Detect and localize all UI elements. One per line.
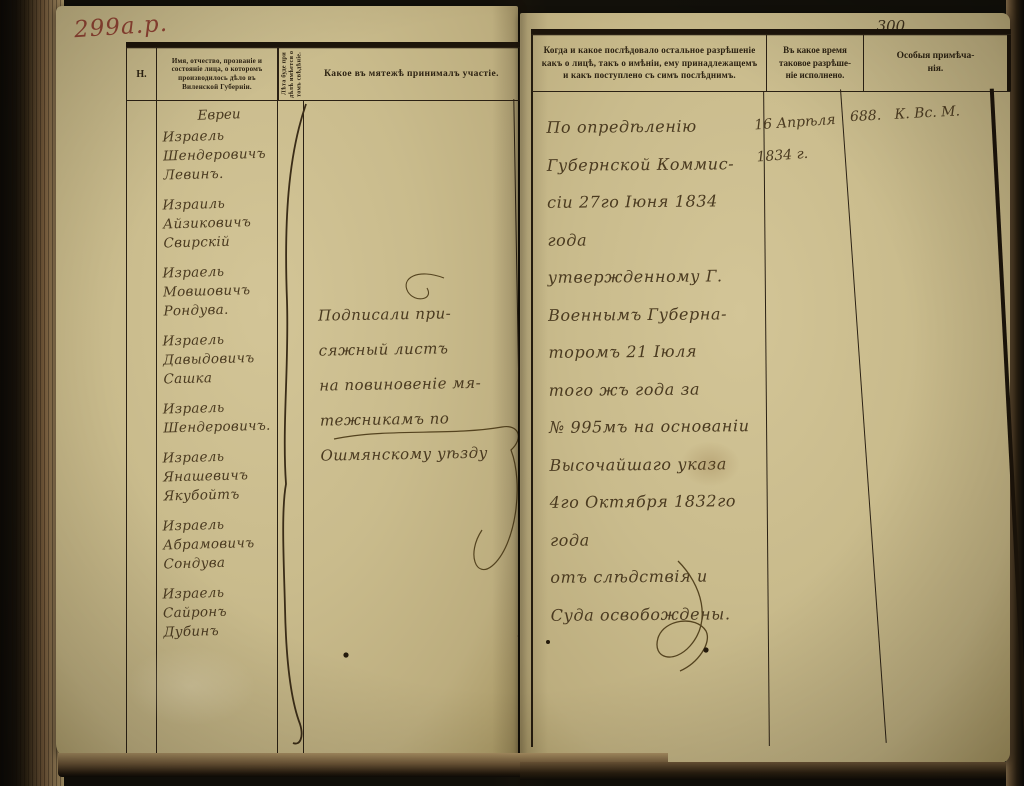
name-entry: Израель Шендеровичъ Левинъ. [162, 126, 275, 186]
header-resolution: Когда и какое послѣдовало остальное разр… [533, 35, 767, 91]
header-execution: Въ какое время таковое разрѣше- ніе испо… [767, 35, 864, 91]
number-column [127, 101, 157, 753]
right-table: Когда и какое послѣдовало остальное разр… [531, 29, 1011, 747]
name-entry: Израель Шендеровичъ. [163, 398, 276, 439]
right-page: 300. Когда и какое послѣдовало остальное… [520, 13, 1010, 763]
header-number: Н. [127, 48, 157, 100]
right-table-body: По опредѣленію Губернской Коммис- сіи 27… [531, 92, 1011, 747]
archival-book-scan: 299а.р. Н. Имя, отчество, прозваніе и со… [0, 0, 1024, 786]
header-age-vertical: Лѣта буде при дѣлѣ имѣется о томъ свѣдѣн… [278, 48, 304, 100]
name-entry: Израиль Айзиковичъ Свирскій [162, 194, 275, 254]
left-table: Н. Имя, отчество, прозваніе и состояніе … [126, 42, 520, 753]
page-number-left: 299а.р. [73, 11, 169, 43]
book-page-edges-left [0, 0, 64, 786]
right-table-header: Когда и какое послѣдовало остальное разр… [531, 34, 1011, 92]
left-page: 299а.р. Н. Имя, отчество, прозваніе и со… [56, 6, 518, 758]
name-entry: Израель Сайронъ Дубинъ [162, 583, 275, 643]
header-name: Имя, отчество, прозваніе и состояніе лиц… [157, 48, 278, 100]
header-participation: Какое въ мятежѣ принималъ участіе. [304, 48, 520, 100]
resolution-text: По опредѣленію Губернской Коммис- сіи 27… [530, 91, 770, 748]
book-page-edges-bottom-right [520, 762, 1006, 780]
left-table-body: Евреи Израель Шендеровичъ Левинъ. Израил… [126, 101, 520, 753]
name-entry: Израель Янашевичъ Якубойтъ [162, 447, 275, 507]
name-entry: Израель Абрамовичъ Сондува [162, 515, 275, 575]
header-remarks: Особыя примѣча- нія. [864, 35, 1011, 91]
name-entry: Израель Мовшовичъ Рондува. [162, 262, 275, 322]
participation-text: Подписали при- сяжный листъ на повиновен… [298, 99, 525, 755]
name-entry: Израель Давыдовичъ Сашка [162, 330, 275, 390]
names-column: Евреи Израель Шендеровичъ Левинъ. Израил… [157, 101, 278, 753]
group-label: Евреи [163, 105, 275, 125]
left-table-header: Н. Имя, отчество, прозваніе и состояніе … [126, 47, 520, 101]
